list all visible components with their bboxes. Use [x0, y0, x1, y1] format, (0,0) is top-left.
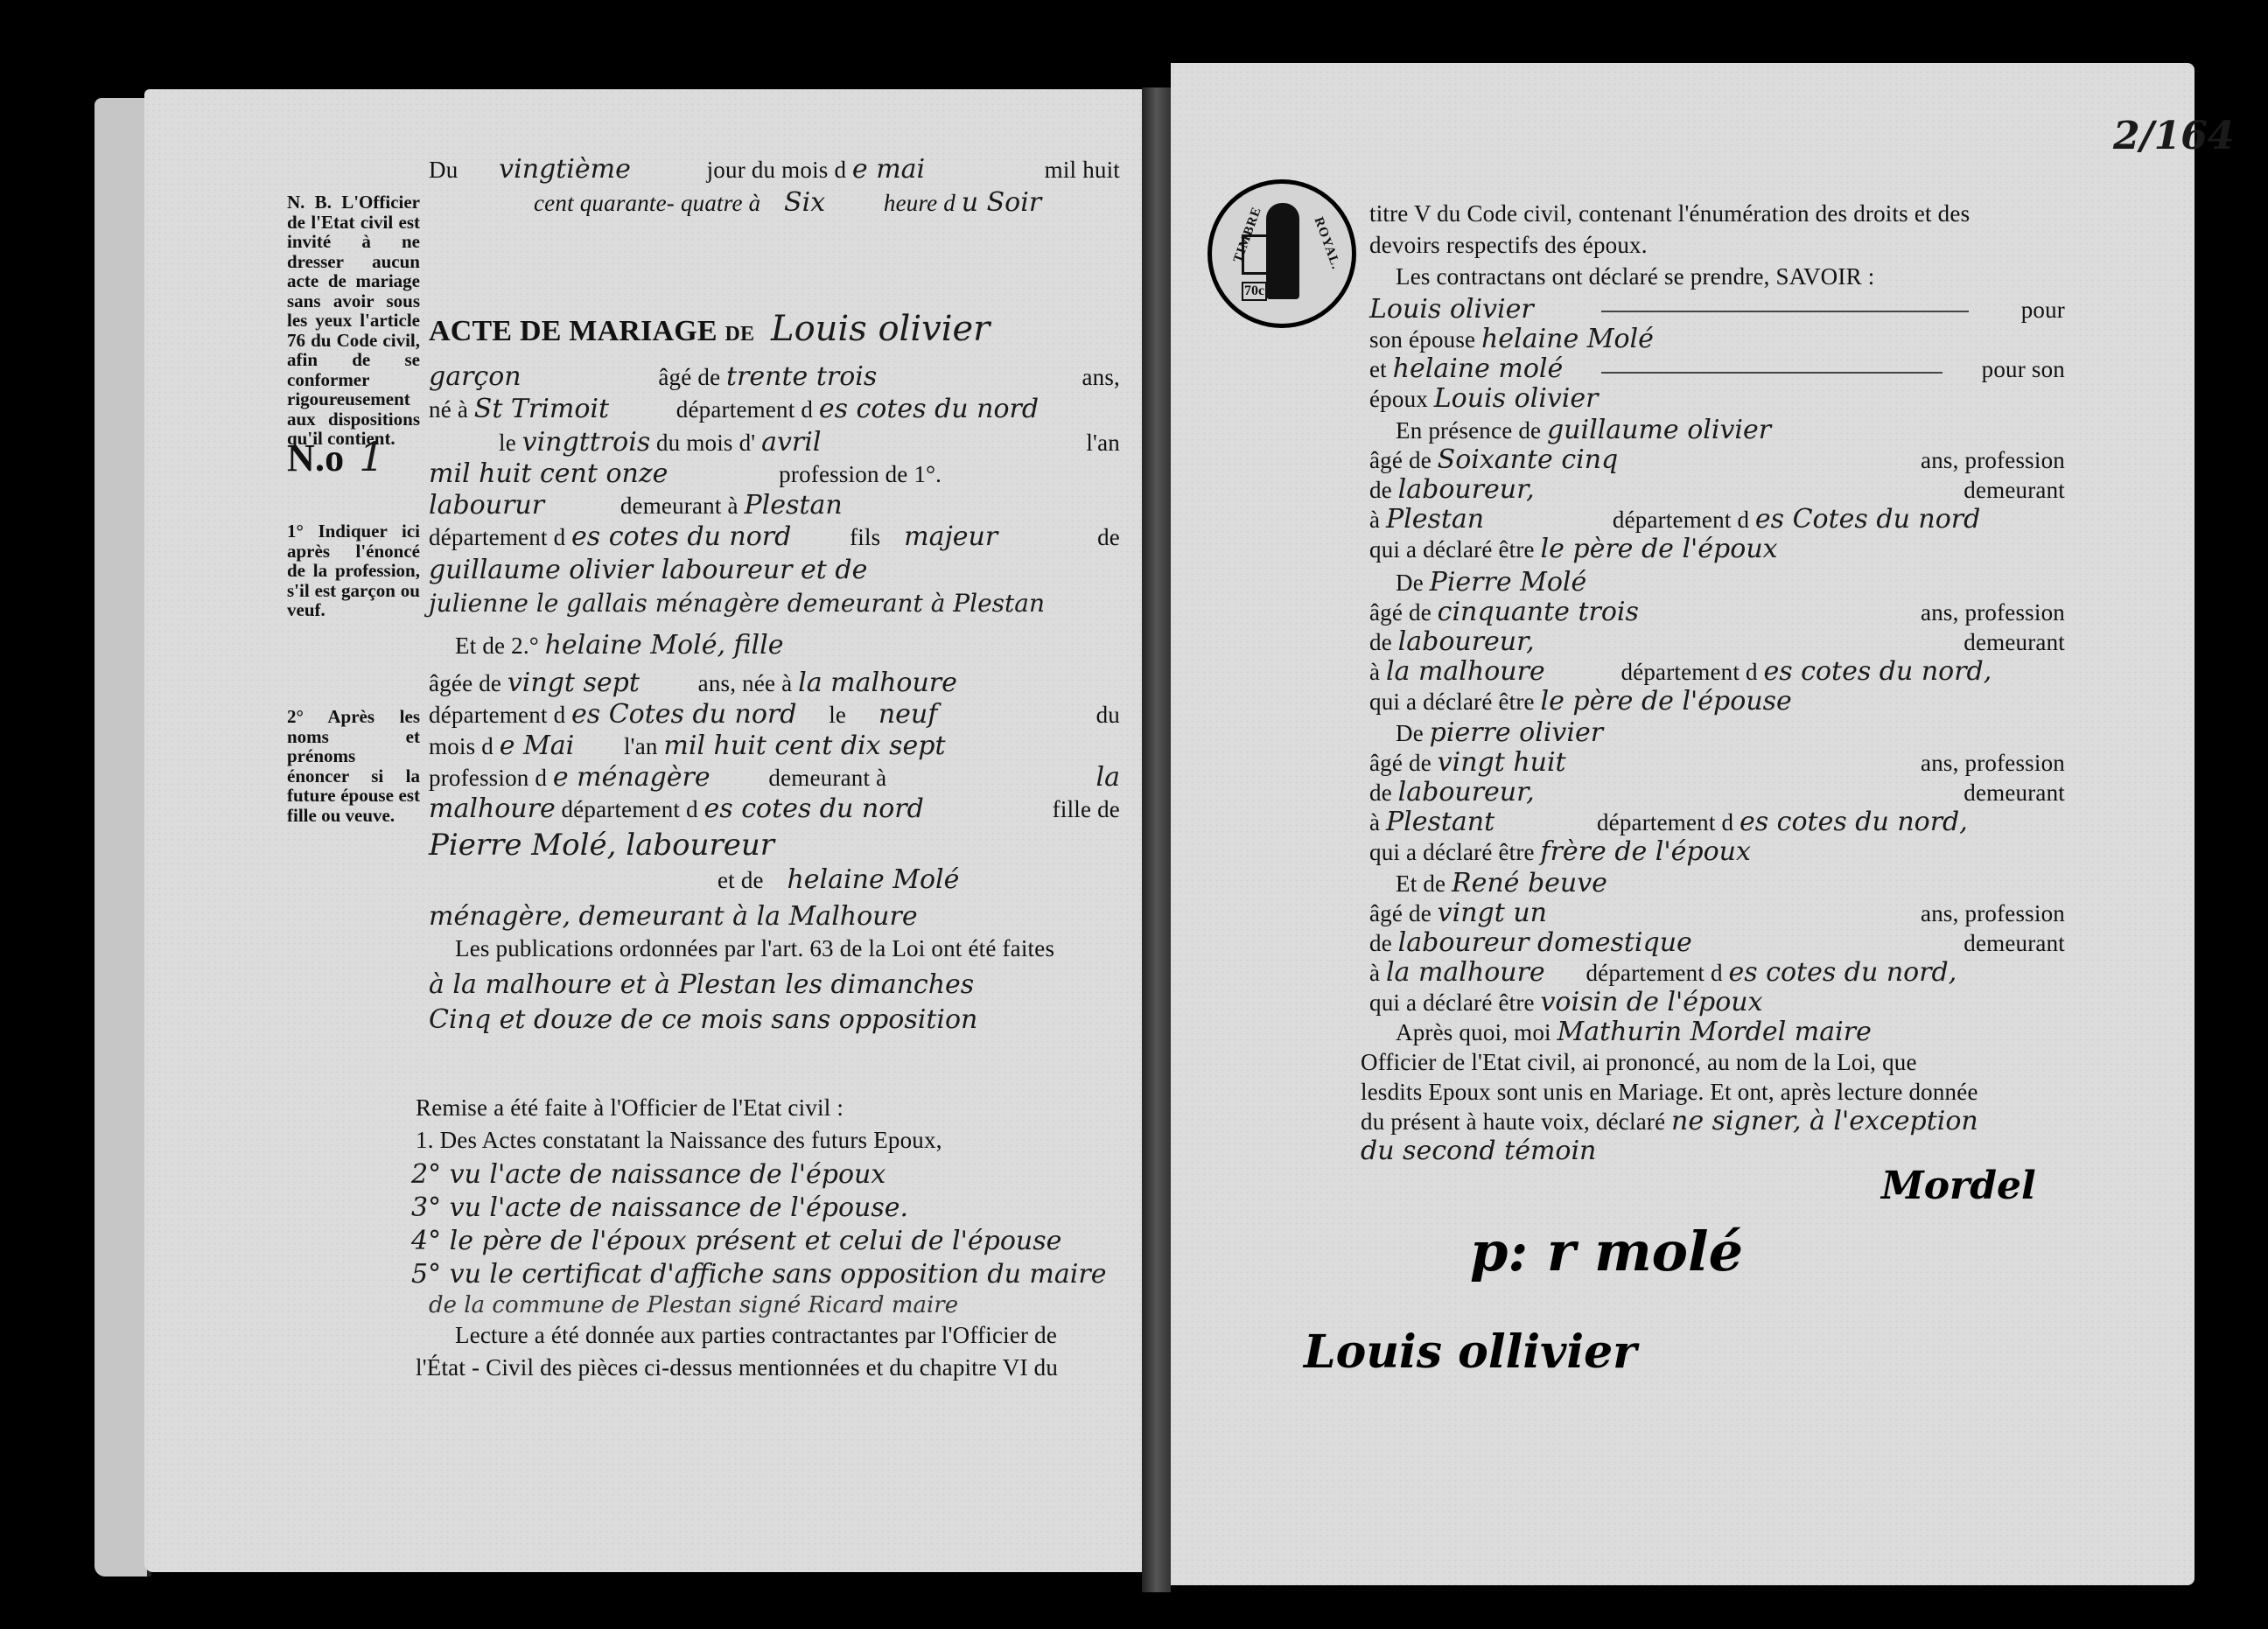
handwritten: Soixante cinq	[1438, 444, 1619, 475]
witness-2-profession: de laboureur, demeurant	[1369, 628, 2065, 656]
handwritten: labourur	[429, 490, 544, 521]
page-number-text: 2/164	[2113, 114, 2235, 158]
text: qui a déclaré être	[1369, 689, 1535, 715]
witness-1-relation: qui a déclaré être le père de l'époux	[1369, 535, 1778, 563]
text: l'État - Civil des pièces ci-dessus ment…	[416, 1354, 1058, 1381]
handwritten: helaine Molé	[1481, 324, 1654, 354]
text: cent quarante- quatre à	[534, 190, 760, 216]
document-item-5-cont: de la commune de Plestan signé Ricard ma…	[429, 1290, 958, 1319]
witness-3-relation: qui a déclaré être frère de l'époux	[1369, 838, 1751, 866]
line-lecture-cont: l'État - Civil des pièces ci-dessus ment…	[416, 1353, 1058, 1381]
text: à	[1369, 960, 1380, 986]
pronouncement-2: lesdits Epoux sont unis en Mariage. Et o…	[1361, 1078, 1978, 1106]
text: à	[1369, 659, 1380, 685]
handwritten: trente trois	[726, 361, 877, 392]
text: 1. Des Actes constatant la Naissance des…	[416, 1127, 942, 1153]
text: qui a déclaré être	[1369, 989, 1535, 1016]
text: âgée de	[429, 670, 501, 696]
line-groom-dept: département d es cotes du nord fils maje…	[429, 523, 1120, 551]
text: de	[1369, 930, 1392, 956]
handwritten: Pierre Molé	[1430, 567, 1587, 598]
text: ans, profession	[1921, 446, 2065, 474]
document-item-5: 5° vu le certificat d'affiche sans oppos…	[411, 1261, 1106, 1289]
handwritten: helaine Molé	[787, 864, 959, 895]
handwritten: mil huit cent dix sept	[663, 731, 945, 761]
text: demeurant	[1963, 779, 2065, 807]
text: de	[1369, 477, 1392, 503]
handwritten: cinquante trois	[1438, 597, 1639, 627]
signature-groom: Louis ollivier	[1304, 1339, 1637, 1367]
text: département d	[1620, 659, 1757, 685]
text: Et de 2.°	[455, 633, 539, 659]
text: département d	[1585, 960, 1722, 986]
stamp-value: 70c	[1242, 282, 1267, 301]
handwritten: la	[1096, 764, 1120, 792]
signature-witness: p: r molé	[1470, 1238, 1743, 1266]
text: né à	[429, 396, 468, 423]
handwritten: laboureur domestique	[1398, 927, 1692, 958]
act-title: ACTE DE MARIAGE de Louis olivier	[429, 315, 990, 346]
timbre-royal-stamp-icon: TIMBRE ROYAL. 70c	[1207, 179, 1356, 328]
handwritten: la malhoure	[1386, 656, 1545, 687]
handwritten: pierre olivier	[1430, 717, 1603, 748]
handwritten: 4° le père de l'époux présent et celui d…	[411, 1226, 1061, 1256]
text: et	[1369, 356, 1387, 382]
handwritten: 2° vu l'acte de naissance de l'époux	[411, 1159, 885, 1190]
line-birthdate: le vingttrois du mois d' avril l'an	[499, 429, 1120, 457]
handwritten: Pierre Molé, laboureur	[429, 828, 774, 863]
text: âgé de	[1369, 750, 1431, 776]
handwritten: helaine molé	[1393, 353, 1564, 384]
text: pour	[2021, 296, 2065, 324]
handwritten: à la malhoure et à Plestan les dimanches	[429, 969, 974, 1000]
text: de	[1369, 629, 1392, 655]
handwritten: malhoure	[429, 794, 556, 824]
act-title-text: ACTE DE MARIAGE de	[429, 315, 754, 347]
text: ans, profession	[1921, 598, 2065, 626]
witness-3-profession: de laboureur, demeurant	[1369, 779, 2065, 807]
margin-note-nb: N. B. L'Officier de l'Etat civil est inv…	[287, 192, 420, 449]
line-groom-mother: julienne le gallais ménagère demeurant à…	[429, 590, 1045, 618]
handwritten: René beuve	[1452, 868, 1607, 898]
handwritten: laboureur,	[1398, 777, 1535, 808]
handwritten: avril	[761, 427, 821, 458]
document-item-3: 3° vu l'acte de naissance de l'épouse.	[411, 1194, 908, 1222]
handwritten: e Mai	[500, 731, 575, 761]
witness-2-age: âgé de cinquante trois ans, profession	[1369, 598, 2065, 626]
text: De	[1396, 570, 1424, 596]
r-line-husband: époux Louis olivier	[1369, 385, 1598, 413]
handwritten: e ménagère	[553, 762, 710, 793]
witness-1-age: âgé de Soixante cinq ans, profession	[1369, 446, 2065, 474]
witness-4-profession: de laboureur domestique demeurant	[1369, 929, 2065, 957]
text: ans, profession	[1921, 749, 2065, 777]
text: âgé de	[1369, 900, 1431, 926]
text: Lecture a été donnée aux parties contrac…	[455, 1322, 1057, 1348]
text: âgé de	[658, 364, 720, 390]
handwritten: Six	[784, 187, 825, 218]
handwritten: es cotes du nord,	[1763, 656, 1991, 687]
witness-4-age: âgé de vingt un ans, profession	[1369, 899, 2065, 927]
margin-note-1: 1° Indiquer ici après l'énoncé de la pro…	[287, 521, 420, 620]
handwritten: guillaume olivier laboureur et de	[429, 555, 867, 585]
handwritten: guillaume olivier	[1547, 415, 1771, 445]
text: département d	[1597, 809, 1733, 835]
line-bride-mother-residence: ménagère, demeurant à la Malhoure	[429, 903, 918, 931]
text: demeurant à	[768, 765, 886, 791]
handwritten: ne signer, à l'exception	[1671, 1106, 1978, 1136]
text: demeurant	[1963, 628, 2065, 656]
text: heure d	[884, 190, 955, 216]
text: mil huit	[1045, 156, 1120, 184]
text: de	[1369, 780, 1392, 806]
text: Les publications ordonnées par l'art. 63…	[455, 935, 1054, 961]
fill-line	[1601, 311, 1969, 312]
handwritten: Louis olivier	[1369, 294, 1534, 325]
text: du	[1096, 701, 1120, 729]
witness-1-profession: de laboureur, demeurant	[1369, 476, 2065, 504]
line-lecture: Lecture a été donnée aux parties contrac…	[455, 1321, 1057, 1349]
text: l'an	[624, 733, 658, 759]
line-publications-place: à la malhoure et à Plestan les dimanches	[429, 971, 974, 999]
text: Après quoi, moi	[1396, 1019, 1551, 1045]
text: ans, profession	[1921, 899, 2065, 927]
text: pour son	[1982, 355, 2065, 383]
line-actes-naissance: 1. Des Actes constatant la Naissance des…	[416, 1126, 942, 1154]
handwritten: voisin de l'époux	[1540, 987, 1762, 1017]
witness-3-age: âgé de vingt huit ans, profession	[1369, 749, 2065, 777]
pronouncement-3: du présent à haute voix, déclaré ne sign…	[1361, 1108, 1978, 1136]
r-line-spouse: son épouse helaine Molé	[1369, 325, 1654, 353]
handwritten: le père de l'épouse	[1540, 686, 1791, 717]
handwritten: julienne le gallais ménagère demeurant à…	[429, 589, 1045, 618]
line-bride-profession: profession d e ménagère demeurant à la	[429, 764, 1120, 792]
text: âgé de	[1369, 599, 1431, 626]
handwritten: laboureur,	[1398, 626, 1535, 657]
handwritten: es Cotes du nord	[1755, 504, 1980, 535]
line-birthyear: mil huit cent onze profession de 1°.	[429, 460, 941, 488]
text: département d	[429, 524, 565, 550]
handwritten: es cotes du nord	[819, 394, 1039, 424]
pronouncement-1: Officier de l'Etat civil, ai prononcé, a…	[1361, 1048, 1917, 1076]
line-bride-dept: département d es Cotes du nord le neuf d…	[429, 701, 1120, 729]
text: lesdits Epoux sont unis en Mariage. Et o…	[1361, 1079, 1978, 1105]
handwritten: es cotes du nord	[704, 794, 924, 824]
text: le	[499, 430, 516, 456]
handwritten: le père de l'époux	[1540, 534, 1777, 564]
text: fille de	[1053, 795, 1120, 823]
text: département d	[429, 702, 565, 728]
line-remise: Remise a été faite à l'Officier de l'Eta…	[416, 1094, 843, 1122]
text: profession de 1°.	[779, 461, 941, 487]
handwritten: mil huit cent onze	[429, 458, 668, 489]
line-groom-father: guillaume olivier laboureur et de	[429, 556, 867, 584]
line-bride-birth: mois d e Mai l'an mil huit cent dix sept	[429, 732, 946, 760]
text: Et de	[1396, 870, 1445, 897]
book-page-edge	[94, 98, 151, 1577]
handwritten: neuf	[878, 699, 938, 730]
text: qui a déclaré être	[1369, 839, 1535, 865]
r-line-bride: et helaine molé pour son	[1369, 355, 2065, 383]
line-bride-age: âgée de vingt sept ans, née à la malhour…	[429, 669, 957, 697]
handwritten: la malhoure	[798, 668, 957, 698]
line-bride-father: Pierre Molé, laboureur	[429, 831, 774, 861]
handwritten: 3° vu l'acte de naissance de l'épouse.	[411, 1192, 908, 1223]
handwritten: Plestant	[1386, 807, 1494, 837]
text: de	[1097, 523, 1120, 551]
text: profession d	[429, 765, 547, 791]
line-publications-dates: Cinq et douze de ce mois sans opposition	[429, 1006, 977, 1034]
line-groom-profession: labourur demeurant à Plestan	[429, 492, 843, 520]
handwritten: Louis olivier	[1434, 383, 1599, 414]
handwritten: vingttrois	[522, 427, 651, 458]
text: En présence de	[1396, 417, 1541, 444]
bride-name: helaine Molé, fille	[545, 630, 784, 661]
r-line-groom: Louis olivier pour	[1369, 296, 2065, 324]
handwritten: es cotes du nord,	[1728, 957, 1956, 988]
witness-4-residence: à la malhoure département d es cotes du …	[1369, 959, 1956, 987]
text: du mois d'	[656, 430, 755, 456]
text: Du	[429, 157, 458, 183]
line-publications: Les publications ordonnées par l'art. 63…	[455, 934, 1054, 962]
handwritten: frère de l'époux	[1540, 836, 1750, 867]
handwritten: St Trimoit	[474, 394, 609, 424]
text: demeurant	[1963, 929, 2065, 957]
handwritten: vingtième	[499, 154, 631, 185]
handwritten: e mai	[852, 154, 925, 185]
r-line-0: titre V du Code civil, contenant l'énumé…	[1369, 199, 2069, 227]
act-number: N.o 1	[287, 443, 384, 477]
line-bride-name: Et de 2.° helaine Molé, fille	[455, 632, 784, 660]
stamp-label: ROYAL.	[1311, 215, 1343, 272]
handwritten: ménagère, demeurant à la Malhoure	[429, 901, 918, 932]
book-spine	[1142, 87, 1171, 1592]
line-bride-residence: malhoure département d es cotes du nord …	[429, 795, 1120, 823]
text: demeurant	[1963, 476, 2065, 504]
witness-3-residence: à Plestant département d es cotes du nor…	[1369, 808, 1968, 836]
line-year-hour: cent quarante- quatre à Six heure d u So…	[534, 189, 1041, 217]
handwritten: vingt un	[1438, 898, 1547, 928]
text: De	[1396, 720, 1424, 746]
witness-1-residence: à Plestan département d es Cotes du nord	[1369, 506, 1980, 534]
text: le	[829, 702, 846, 728]
text: demeurant à	[620, 493, 738, 519]
witness-2-residence: à la malhoure département d es cotes du …	[1369, 658, 1991, 686]
line-date: Du vingtième jour du mois d e mai mil hu…	[429, 156, 1120, 184]
line-bride-mother: et de helaine Molé	[717, 866, 959, 894]
signature-mayor: Mordel	[1881, 1172, 2036, 1200]
handwritten: es cotes du nord	[571, 521, 791, 552]
text: qui a déclaré être	[1369, 536, 1535, 563]
act-number-value: 1	[359, 433, 384, 480]
stamp-figure-shape	[1266, 203, 1299, 299]
handwritten: majeur	[904, 521, 997, 552]
r-line-1: devoirs respectifs des époux.	[1369, 231, 1648, 259]
witness-2-name: De Pierre Molé	[1396, 569, 1586, 597]
pronouncement-4: du second témoin	[1361, 1137, 1596, 1165]
fill-line	[1601, 372, 1942, 374]
text: l'an	[1086, 429, 1120, 457]
text: à	[1369, 809, 1380, 835]
page-number: 2/164	[2113, 122, 2235, 155]
text: à	[1369, 507, 1380, 533]
witness-2-relation: qui a déclaré être le père de l'épouse	[1369, 688, 1792, 716]
handwritten: Cinq et douze de ce mois sans opposition	[429, 1004, 977, 1035]
witness-4-name: Et de René beuve	[1396, 870, 1607, 898]
margin-note-2: 2° Après les noms et prénoms énoncer si …	[287, 707, 420, 825]
text: du présent à haute voix, déclaré	[1361, 1108, 1665, 1135]
handwritten: garçon	[429, 361, 521, 392]
text: Remise a été faite à l'Officier de l'Eta…	[416, 1094, 843, 1121]
text: titre V du Code civil, contenant l'énumé…	[1369, 200, 1970, 227]
witness-4-relation: qui a déclaré être voisin de l'époux	[1369, 989, 1763, 1017]
line-birthplace: né à St Trimoit département d es cotes d…	[429, 395, 1039, 423]
handwritten: du second témoin	[1361, 1136, 1596, 1166]
officer-name: Mathurin Mordel maire	[1557, 1017, 1872, 1047]
text: devoirs respectifs des époux.	[1369, 232, 1648, 258]
text: Les contractans ont déclaré se prendre, …	[1396, 263, 1874, 290]
handwritten: laboureur,	[1398, 474, 1535, 505]
line-groom-age: garçon âgé de trente trois ans,	[429, 363, 1120, 391]
text: département d	[1613, 507, 1749, 533]
handwritten: vingt huit	[1438, 747, 1566, 778]
handwritten: es cotes du nord,	[1739, 807, 1968, 837]
text: Officier de l'Etat civil, ai prononcé, a…	[1361, 1049, 1917, 1075]
text: son épouse	[1369, 326, 1475, 353]
witness-1-name: En présence de guillaume olivier	[1396, 416, 1771, 444]
handwritten: Plestan	[1386, 504, 1484, 535]
handwritten: de la commune de Plestan signé Ricard ma…	[429, 1292, 958, 1318]
handwritten: 5° vu le certificat d'affiche sans oppos…	[411, 1259, 1106, 1290]
act-number-label: N.o	[287, 437, 344, 479]
document-item-4: 4° le père de l'époux présent et celui d…	[411, 1227, 1061, 1255]
text: département d	[561, 796, 697, 822]
text: fils	[850, 524, 880, 550]
handwritten: vingt sept	[507, 668, 640, 698]
handwritten: u Soir	[962, 187, 1041, 218]
handwritten: es Cotes du nord	[571, 699, 796, 730]
text: mois d	[429, 733, 493, 759]
document-item-2: 2° vu l'acte de naissance de l'époux	[411, 1161, 885, 1189]
text: époux	[1369, 386, 1428, 412]
text: et de	[717, 867, 764, 893]
text: jour du mois d	[707, 157, 847, 183]
text: ans,	[1081, 363, 1120, 391]
witness-3-name: De pierre olivier	[1396, 719, 1603, 747]
officer-line: Après quoi, moi Mathurin Mordel maire	[1396, 1018, 1872, 1046]
text: département d	[676, 396, 813, 423]
r-line-2: Les contractans ont déclaré se prendre, …	[1396, 262, 1874, 290]
text: ans, née à	[698, 670, 793, 696]
handwritten: Plestan	[744, 490, 842, 521]
groom-name: Louis olivier	[771, 309, 990, 349]
text: âgé de	[1369, 447, 1431, 473]
handwritten: la malhoure	[1386, 957, 1545, 988]
